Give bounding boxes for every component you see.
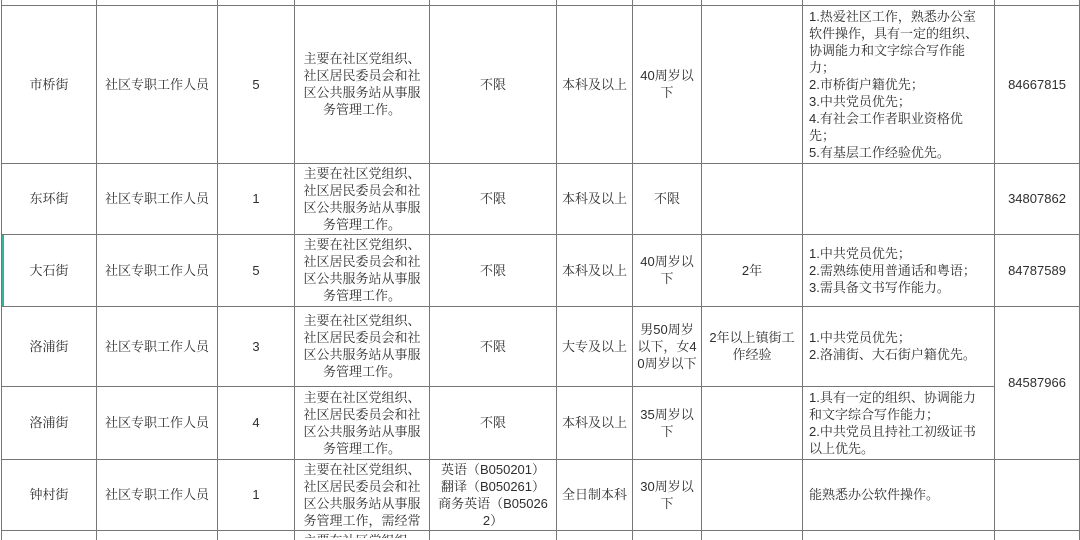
- cell-education[interactable]: 全日制本科: [557, 459, 633, 530]
- cell-major[interactable]: 英语（B050201） 翻译（B050261） 商务英语（B050262）: [430, 459, 557, 530]
- cell-street[interactable]: 东环街: [2, 163, 97, 234]
- cell-street[interactable]: 市桥街: [2, 5, 97, 163]
- cell-major[interactable]: 不限: [430, 306, 557, 386]
- cell-phone[interactable]: 84667815: [995, 5, 1080, 163]
- cell-duties[interactable]: 主要在社区党组织、社区居民委员会和社区公共服务站从事服务管理工作。: [295, 386, 430, 459]
- table-row: 洛浦街 社区专职工作人员 4 主要在社区党组织、社区居民委员会和社区公共服务站从…: [2, 386, 1080, 459]
- cell-duties[interactable]: 主要在社区党组织、社区居民委员会和社区公共服务站从事服务管理工作。: [295, 163, 430, 234]
- cell-count[interactable]: 5: [218, 234, 295, 306]
- cell-phone[interactable]: 34807862: [995, 163, 1080, 234]
- table-row: 大石街 社区专职工作人员 5 主要在社区党组织、社区居民委员会和社区公共服务站从…: [2, 234, 1080, 306]
- cell-age[interactable]: 男50周岁以下，女40周岁以下: [633, 306, 702, 386]
- cell-empty: [218, 530, 295, 540]
- recruitment-table: 市桥街 社区专职工作人员 5 主要在社区党组织、社区居民委员会和社区公共服务站从…: [1, 0, 1080, 540]
- cell-age[interactable]: 40周岁以下: [633, 5, 702, 163]
- cell-duties[interactable]: 主要在社区党组织、社区居民委员会和社区公共服务站从事服务管理工作。: [295, 5, 430, 163]
- cell-empty: [803, 530, 995, 540]
- cell-age[interactable]: 30周岁以下: [633, 459, 702, 530]
- cell-education[interactable]: 大专及以上: [557, 306, 633, 386]
- cell-education[interactable]: 本科及以上: [557, 5, 633, 163]
- cell-empty: [702, 530, 803, 540]
- cell-experience[interactable]: [702, 459, 803, 530]
- cell-position[interactable]: 社区专职工作人员: [97, 459, 218, 530]
- cell-position[interactable]: 社区专职工作人员: [97, 5, 218, 163]
- cell-duties[interactable]: 主要在社区党组织、社区居民委员会和社区公共服务站从事服务管理工作，需经常: [295, 459, 430, 530]
- cell-street[interactable]: 洛浦街: [2, 306, 97, 386]
- cell-requirements[interactable]: 1.热爱社区工作，熟悉办公室软件操作，具有一定的组织、协调能力和文字综合写作能力…: [803, 5, 995, 163]
- cell-count[interactable]: 4: [218, 386, 295, 459]
- cell-phone[interactable]: [995, 459, 1080, 530]
- table-row: 市桥街 社区专职工作人员 5 主要在社区党组织、社区居民委员会和社区公共服务站从…: [2, 5, 1080, 163]
- cell-major[interactable]: 不限: [430, 163, 557, 234]
- cell-experience[interactable]: 2年: [702, 234, 803, 306]
- cell-requirements[interactable]: 1.中共党员优先； 2.洛浦街、大石街户籍优先。: [803, 306, 995, 386]
- cell-education[interactable]: 本科及以上: [557, 234, 633, 306]
- cell-age[interactable]: 35周岁以下: [633, 386, 702, 459]
- cell-position[interactable]: 社区专职工作人员: [97, 163, 218, 234]
- cell-duties[interactable]: 主要在社区党组织、社区居民委员会和社区公共服务站从事服务管理工作。: [295, 234, 430, 306]
- cell-count[interactable]: 1: [218, 163, 295, 234]
- cell-requirements[interactable]: [803, 163, 995, 234]
- cell-empty: [995, 530, 1080, 540]
- cell-phone[interactable]: 84787589: [995, 234, 1080, 306]
- cell-experience[interactable]: 2年以上镇街工作经验: [702, 306, 803, 386]
- cell-experience[interactable]: [702, 163, 803, 234]
- cell-age[interactable]: 40周岁以下: [633, 234, 702, 306]
- table-screenshot: 市桥街 社区专职工作人员 5 主要在社区党组织、社区居民委员会和社区公共服务站从…: [0, 0, 1080, 540]
- cell-requirements[interactable]: 1.具有一定的组织、协调能力和文字综合写作能力； 2.中共党员且持社工初级证书以…: [803, 386, 995, 459]
- cell-phone-merged[interactable]: 84587966: [995, 306, 1080, 459]
- cell-street[interactable]: 钟村街: [2, 459, 97, 530]
- cell-position[interactable]: 社区专职工作人员: [97, 234, 218, 306]
- cell-education[interactable]: 本科及以上: [557, 163, 633, 234]
- cell-empty: [430, 530, 557, 540]
- cell-requirements[interactable]: 1.中共党员优先； 2.需熟练使用普通话和粤语； 3.需具备文书写作能力。: [803, 234, 995, 306]
- cell-major[interactable]: 不限: [430, 5, 557, 163]
- cell-major[interactable]: 不限: [430, 386, 557, 459]
- cell-experience[interactable]: [702, 5, 803, 163]
- cell-count[interactable]: 5: [218, 5, 295, 163]
- table-row-partial-bottom: 主要在社区党组织、: [2, 530, 1080, 540]
- cell-duties[interactable]: 主要在社区党组织、社区居民委员会和社区公共服务站从事服务管理工作。: [295, 306, 430, 386]
- cell-count[interactable]: 3: [218, 306, 295, 386]
- table-row: 钟村街 社区专职工作人员 1 主要在社区党组织、社区居民委员会和社区公共服务站从…: [2, 459, 1080, 530]
- table-row: 东环街 社区专职工作人员 1 主要在社区党组织、社区居民委员会和社区公共服务站从…: [2, 163, 1080, 234]
- cell-empty: [557, 530, 633, 540]
- table-row: 洛浦街 社区专职工作人员 3 主要在社区党组织、社区居民委员会和社区公共服务站从…: [2, 306, 1080, 386]
- cell-empty: [633, 530, 702, 540]
- cell-street-selected[interactable]: 大石街: [2, 234, 97, 306]
- cell-position[interactable]: 社区专职工作人员: [97, 386, 218, 459]
- cell-empty: [2, 530, 97, 540]
- cell-requirements[interactable]: 能熟悉办公软件操作。: [803, 459, 995, 530]
- cell-street[interactable]: 洛浦街: [2, 386, 97, 459]
- cell-major[interactable]: 不限: [430, 234, 557, 306]
- cell-duties-clipped: 主要在社区党组织、: [295, 530, 430, 540]
- cell-experience[interactable]: [702, 386, 803, 459]
- cell-age[interactable]: 不限: [633, 163, 702, 234]
- cell-count[interactable]: 1: [218, 459, 295, 530]
- cell-education[interactable]: 本科及以上: [557, 386, 633, 459]
- clipped-text: 主要在社区党组织、: [295, 532, 429, 538]
- cell-position[interactable]: 社区专职工作人员: [97, 306, 218, 386]
- cell-empty: [97, 530, 218, 540]
